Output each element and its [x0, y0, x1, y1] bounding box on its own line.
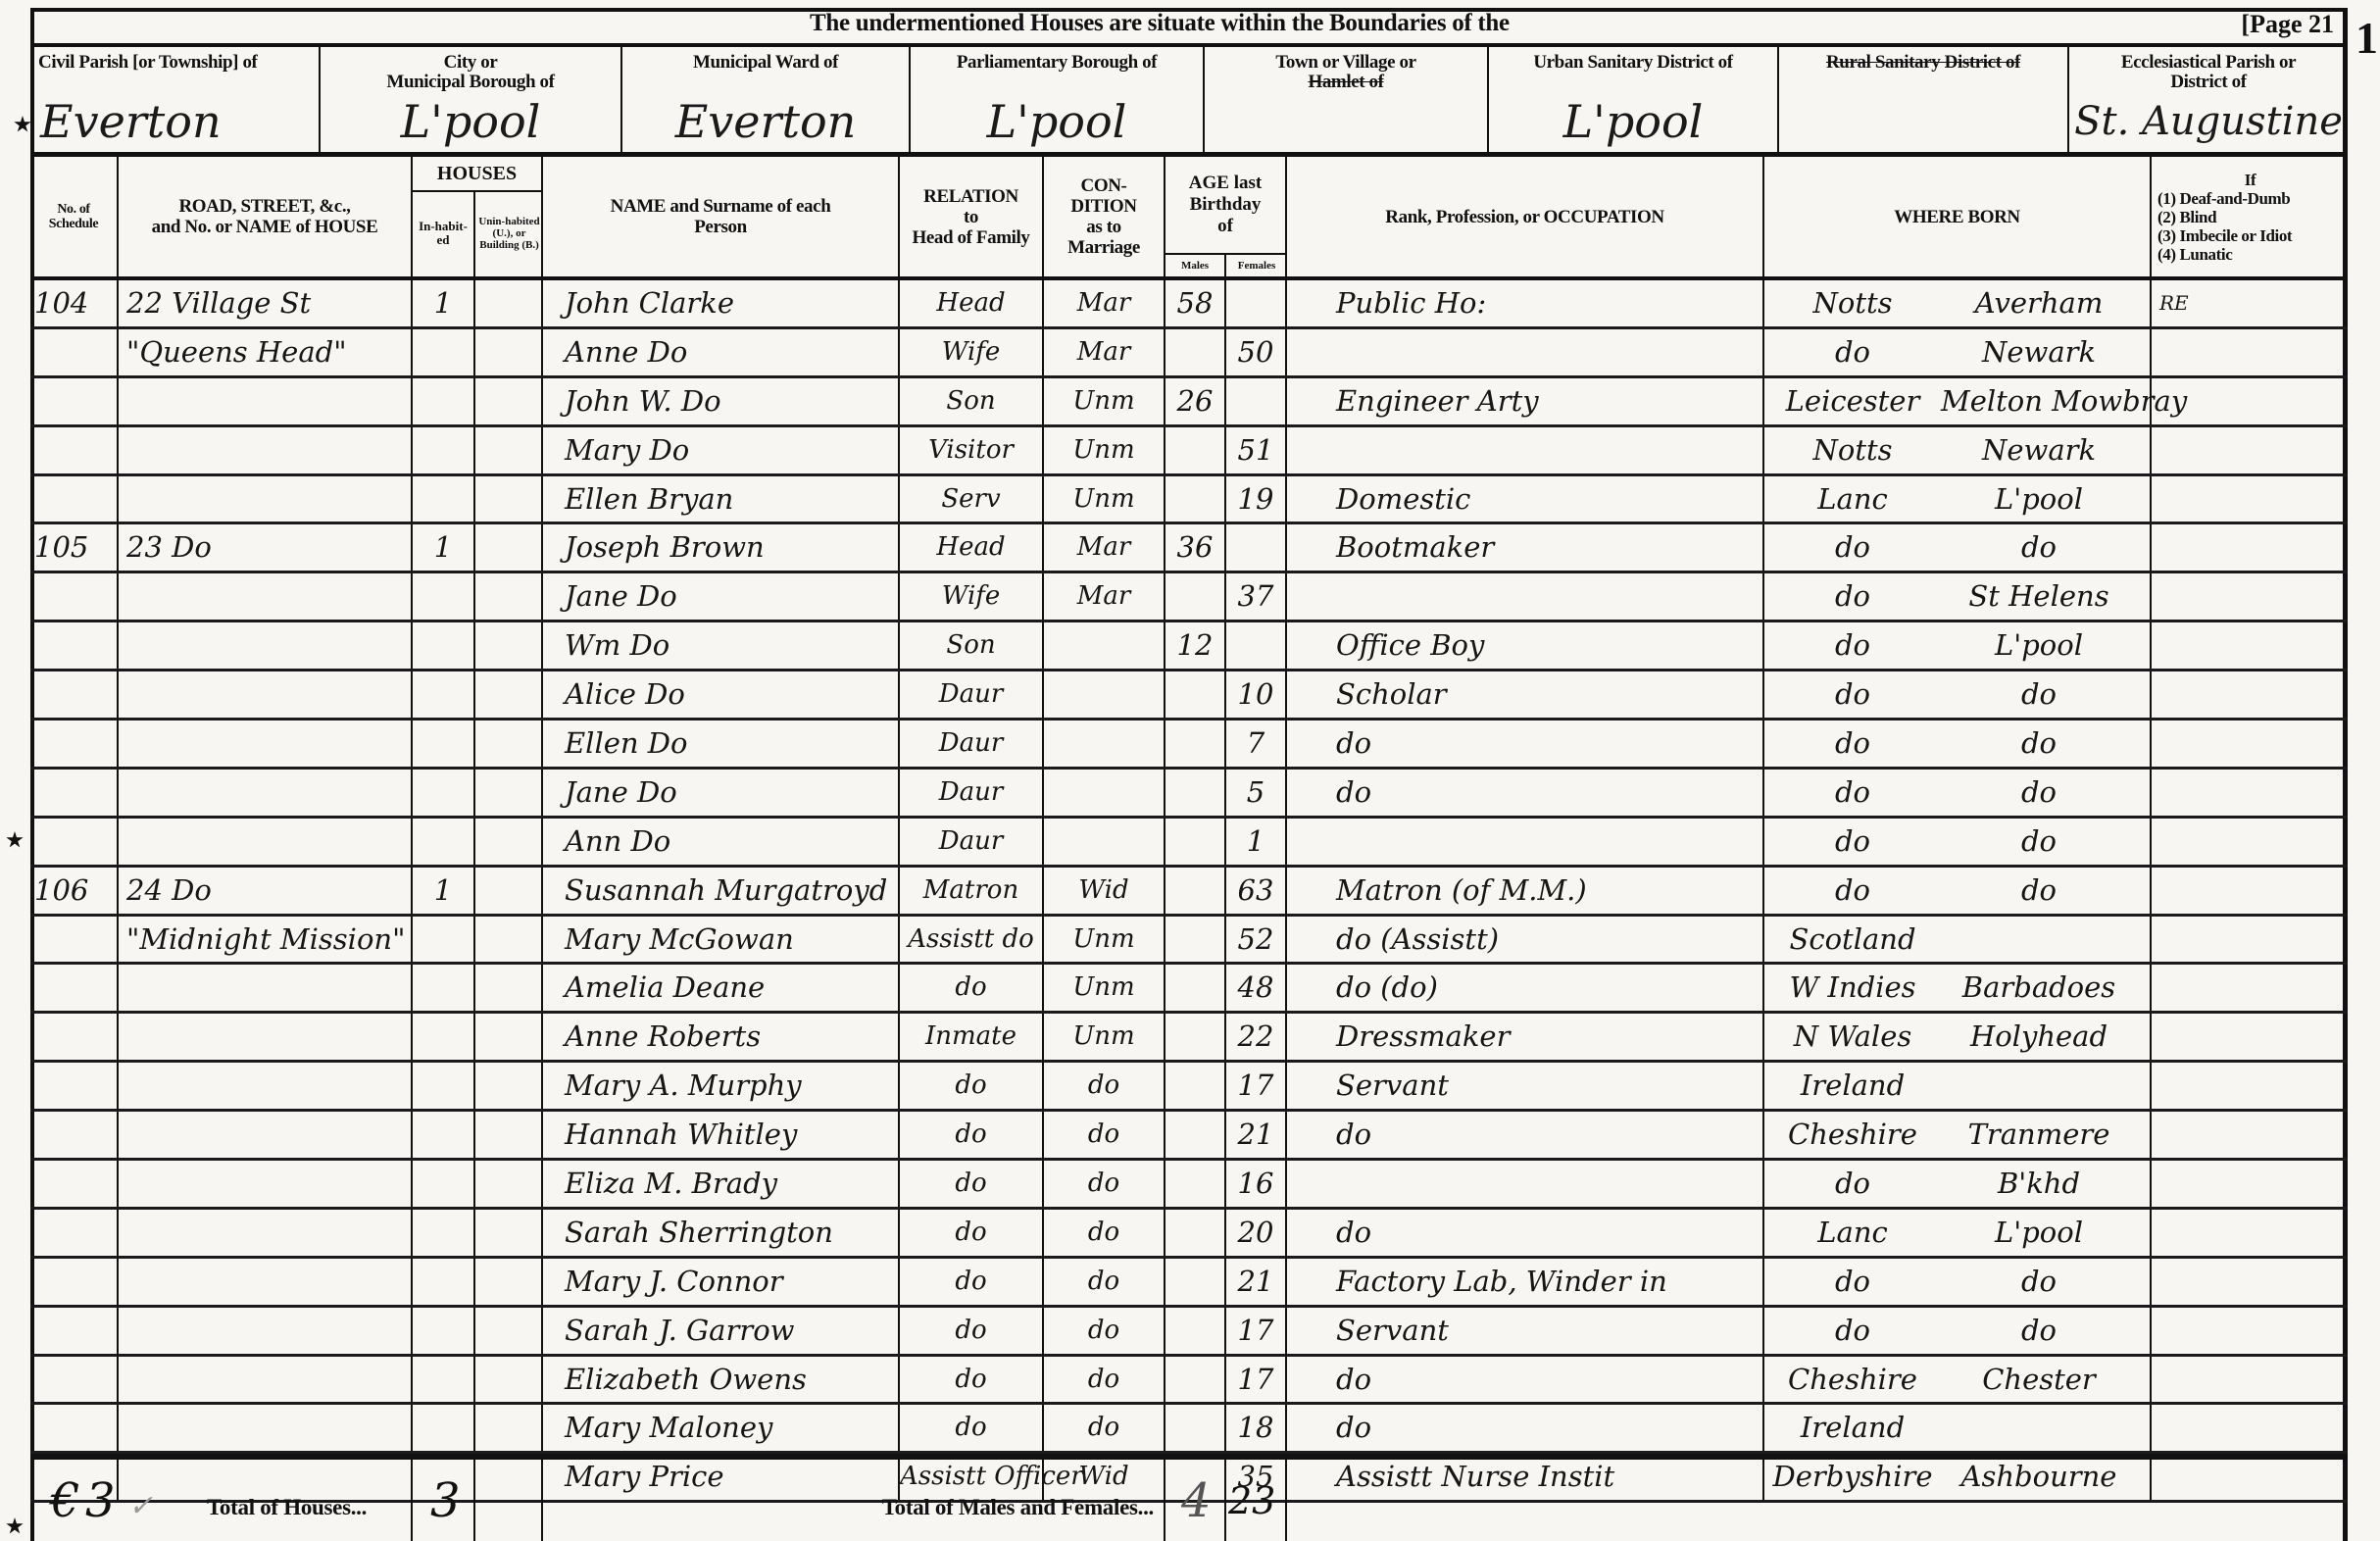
col-relation-line3: Head of Family [913, 227, 1030, 248]
born-county: Notts [1764, 280, 1941, 325]
female-age-cell: 7 [1226, 721, 1287, 767]
occupation-cell: do [1287, 1357, 1764, 1403]
born-county: Cheshire [1764, 1357, 1941, 1402]
female-age-cell: 50 [1226, 329, 1287, 375]
relation-cell: Daur [900, 721, 1044, 767]
rural-sanitary-cell: Rural Sanitary District of [1779, 47, 2069, 152]
civil-parish-value: Everton [30, 97, 319, 146]
female-age-cell: 1 [1226, 819, 1287, 865]
relation-cell: Head [900, 280, 1044, 326]
column-header-row: No. of Schedule ROAD, STREET, &c., and N… [30, 157, 2348, 280]
born-place: Newark [1941, 329, 2137, 374]
name-cell: Ellen Do [543, 721, 900, 767]
name-cell: Mary Do [543, 427, 900, 473]
table-row: Ellen Do Daur 7 do dodo [30, 721, 2348, 770]
table-row: 106 24 Do 1 Susannah Murgatroyd Matron W… [30, 868, 2348, 917]
road-cell [119, 622, 413, 669]
total-houses-cell: 3 [413, 1460, 475, 1541]
relation-cell: Son [900, 378, 1044, 424]
table-row: Anne Roberts Inmate Unm 22 Dressmaker N … [30, 1014, 2348, 1063]
schedules-count: 3 [85, 1473, 116, 1528]
occupation-cell: do [1287, 770, 1764, 816]
inhabited-cell: 1 [413, 524, 475, 571]
born-place: Tranmere [1941, 1112, 2137, 1157]
male-age-cell [1165, 770, 1226, 816]
uninhabited-cell [475, 1357, 543, 1403]
infirmity-cell [2152, 378, 2343, 424]
road-cell: 24 Do [119, 868, 413, 914]
total-males-value: 4 [1181, 1473, 1212, 1528]
road-cell [119, 476, 413, 522]
schedule-cell [30, 573, 119, 620]
schedule-cell [30, 1259, 119, 1305]
ecclesiastical-label-line1: Ecclesiastical Parish or [2069, 53, 2348, 73]
name-cell: Amelia Deane [543, 965, 900, 1011]
male-age-cell: 58 [1165, 280, 1226, 326]
relation-cell: do [900, 1259, 1044, 1305]
female-age-cell [1226, 622, 1287, 669]
road-cell: 23 Do [119, 524, 413, 571]
male-age-cell [1165, 1014, 1226, 1060]
condition-cell: Unm [1044, 1014, 1165, 1060]
uninhabited-cell [475, 280, 543, 326]
infirmity-cell [2152, 1161, 2343, 1207]
uninhabited-cell [475, 965, 543, 1011]
col-schedule: No. of Schedule [30, 157, 119, 276]
uninhabited-cell [475, 378, 543, 424]
inhabited-cell [413, 476, 475, 522]
male-age-cell [1165, 1112, 1226, 1158]
condition-cell: do [1044, 1210, 1165, 1256]
male-age-cell [1165, 1161, 1226, 1207]
household-rows: 104 22 Village St 1 John Clarke Head Mar… [30, 280, 2348, 1503]
col-where-born: WHERE BORN [1764, 157, 2152, 276]
where-born-cell: CheshireTranmere [1764, 1112, 2152, 1158]
margin-star-icon [6, 1517, 24, 1535]
col-name-line2: Person [694, 217, 747, 237]
parliamentary-borough-label: Parliamentary Borough of [911, 53, 1203, 73]
table-row: John W. Do Son Unm 26 Engineer Arty Leic… [30, 378, 2348, 427]
born-county: N Wales [1764, 1014, 1941, 1059]
col-age-line2: Birthday [1165, 194, 1285, 216]
condition-cell: Mar [1044, 329, 1165, 375]
municipal-ward-cell: Municipal Ward of Everton [622, 47, 911, 152]
schedule-cell [30, 329, 119, 375]
condition-cell: Unm [1044, 965, 1165, 1011]
condition-cell [1044, 671, 1165, 718]
civil-parish-label: Civil Parish [or Township] of [38, 53, 319, 73]
name-cell: Wm Do [543, 622, 900, 669]
name-cell: Jane Do [543, 770, 900, 816]
name-cell: Ann Do [543, 819, 900, 865]
col-houses-inhabited: In-habit-ed [413, 190, 475, 276]
road-cell [119, 1112, 413, 1158]
col-relation-line2: to [964, 207, 978, 227]
condition-cell: do [1044, 1405, 1165, 1451]
born-county: Ireland [1764, 1405, 1941, 1450]
infirmity-cell [2152, 1063, 2343, 1109]
road-cell [119, 573, 413, 620]
totals-row: € 3 ✓ Total of Houses... 3 Total of Male… [30, 1454, 2348, 1541]
born-county: do [1764, 573, 1941, 619]
margin-star-icon [14, 116, 31, 133]
born-county: do [1764, 622, 1941, 668]
schedule-cell [30, 1308, 119, 1354]
civil-parish-cell: Civil Parish [or Township] of Everton [30, 47, 321, 152]
occupation-cell [1287, 573, 1764, 620]
where-born-cell: N WalesHolyhead [1764, 1014, 2152, 1060]
born-county: do [1764, 1308, 1941, 1353]
where-born-cell: Ireland [1764, 1405, 2152, 1451]
name-cell: Elizabeth Owens [543, 1357, 900, 1403]
born-place: L'pool [1941, 476, 2137, 522]
uninhabited-cell [475, 1405, 543, 1451]
condition-cell [1044, 622, 1165, 669]
occupation-cell: Scholar [1287, 671, 1764, 718]
ecclesiastical-parish-cell: Ecclesiastical Parish or District of St.… [2069, 47, 2348, 152]
uninhabited-cell [475, 622, 543, 669]
uninhabited-cell [475, 917, 543, 963]
table-row: Mary Maloney do do 18 do Ireland [30, 1405, 2348, 1454]
table-row: Wm Do Son 12 Office Boy doL'pool [30, 622, 2348, 671]
born-place: do [1941, 1259, 2137, 1304]
sheet-number: 1 [2355, 12, 2378, 64]
schedule-cell [30, 378, 119, 424]
male-age-cell [1165, 1210, 1226, 1256]
male-age-cell [1165, 573, 1226, 620]
col-infirmity-line1: (1) Deaf-and-Dumb [2157, 189, 2290, 208]
inhabited-cell [413, 427, 475, 473]
female-age-cell: 17 [1226, 1308, 1287, 1354]
male-age-cell [1165, 1259, 1226, 1305]
where-born-cell: doL'pool [1764, 622, 2152, 669]
inhabited-cell [413, 917, 475, 963]
table-row: Sarah J. Garrow do do 17 Servant dodo [30, 1308, 2348, 1357]
infirmity-cell [2152, 770, 2343, 816]
male-age-cell [1165, 476, 1226, 522]
uninhabited-cell [475, 524, 543, 571]
schedule-cell [30, 1014, 119, 1060]
where-born-cell: doB'khd [1764, 1161, 2152, 1207]
uninhabited-cell [475, 573, 543, 620]
born-place: do [1941, 770, 2137, 815]
col-infirmity-if: If [2245, 171, 2256, 189]
inhabited-cell [413, 965, 475, 1011]
municipal-ward-label: Municipal Ward of [622, 53, 909, 73]
col-infirmity-line3: (3) Imbecile or Idiot [2157, 226, 2292, 245]
female-age-cell: 10 [1226, 671, 1287, 718]
occupation-cell [1287, 1161, 1764, 1207]
infirmity-cell [2152, 868, 2343, 914]
total-females-cell: 23 [1226, 1460, 1287, 1541]
infirmity-cell [2152, 329, 2343, 375]
municipal-ward-value: Everton [622, 97, 909, 146]
born-place: Averham [1941, 280, 2137, 325]
relation-cell: Matron [900, 868, 1044, 914]
relation-cell: Wife [900, 573, 1044, 620]
condition-cell: Wid [1044, 868, 1165, 914]
relation-cell: Serv [900, 476, 1044, 522]
road-cell [119, 1308, 413, 1354]
born-place: Chester [1941, 1357, 2137, 1402]
uninhabited-cell [475, 1259, 543, 1305]
name-cell: Joseph Brown [543, 524, 900, 571]
col-road-line1: ROAD, STREET, &c., [178, 196, 350, 217]
road-cell [119, 721, 413, 767]
infirmity-cell [2152, 476, 2343, 522]
table-row: Alice Do Daur 10 Scholar dodo [30, 671, 2348, 721]
name-cell: Hannah Whitley [543, 1112, 900, 1158]
schedule-cell [30, 917, 119, 963]
where-born-cell: dodo [1764, 671, 2152, 718]
occupation-cell [1287, 819, 1764, 865]
inhabited-cell [413, 1014, 475, 1060]
col-houses-group: HOUSES In-habit-ed Unin-habited (U.), or… [413, 157, 543, 276]
born-county: do [1764, 770, 1941, 815]
female-age-cell: 48 [1226, 965, 1287, 1011]
uninhabited-cell [475, 476, 543, 522]
occupation-cell: Factory Lab, Winder in [1287, 1259, 1764, 1305]
born-place: L'pool [1941, 622, 2137, 668]
infirmity-cell [2152, 1112, 2343, 1158]
uninhabited-cell [475, 721, 543, 767]
municipal-borough-label: City or Municipal Borough of [321, 53, 620, 92]
table-row: Mary Do Visitor Unm 51 NottsNewark [30, 427, 2348, 476]
inhabited-cell [413, 1405, 475, 1451]
relation-cell: do [900, 1161, 1044, 1207]
relation-cell: do [900, 1210, 1044, 1256]
female-age-cell: 17 [1226, 1357, 1287, 1403]
occupation-cell: Dressmaker [1287, 1014, 1764, 1060]
uninhabited-cell [475, 427, 543, 473]
table-row: Mary A. Murphy do do 17 Servant Ireland [30, 1063, 2348, 1112]
schedule-cell [30, 721, 119, 767]
condition-cell: Mar [1044, 573, 1165, 620]
schedule-cell [30, 427, 119, 473]
page-title: The undermentioned Houses are situate wi… [810, 10, 1510, 37]
schedule-cell [30, 1161, 119, 1207]
totals-schedules-cell: € 3 ✓ Total of Houses... [30, 1460, 413, 1541]
infirmity-cell [2152, 524, 2343, 571]
born-place: Barbadoes [1941, 965, 2137, 1010]
uninhabited-cell [475, 1210, 543, 1256]
born-county: do [1764, 721, 1941, 766]
table-row: Sarah Sherrington do do 20 do LancL'pool [30, 1210, 2348, 1259]
name-cell: John W. Do [543, 378, 900, 424]
table-row: Mary J. Connor do do 21 Factory Lab, Win… [30, 1259, 2348, 1308]
urban-sanitary-label: Urban Sanitary District of [1489, 53, 1777, 73]
born-county: Scotland [1764, 917, 1941, 962]
born-place: do [1941, 524, 2137, 570]
col-schedule-line2: Schedule [49, 217, 98, 231]
ecclesiastical-label-line2: District of [2069, 73, 2348, 92]
schedule-cell [30, 1357, 119, 1403]
relation-cell: Son [900, 622, 1044, 669]
female-age-cell: 37 [1226, 573, 1287, 620]
occupation-cell: do (Assistt) [1287, 917, 1764, 963]
town-village-label: Town or Village or Hamlet of [1205, 53, 1487, 92]
born-place: Melton Mowbray [1941, 378, 2137, 423]
road-cell [119, 819, 413, 865]
col-condition: CON- DITION as to Marriage [1044, 157, 1165, 276]
rural-sanitary-label: Rural Sanitary District of [1779, 53, 2067, 73]
born-county: Leicester [1764, 378, 1941, 423]
uninhabited-cell [475, 819, 543, 865]
uninhabited-cell [475, 1063, 543, 1109]
inhabited-cell [413, 671, 475, 718]
where-born-cell: LancL'pool [1764, 1210, 2152, 1256]
occupation-cell: do [1287, 1210, 1764, 1256]
uninhabited-cell [475, 1014, 543, 1060]
occupation-cell: do [1287, 721, 1764, 767]
where-born-cell: LeicesterMelton Mowbray [1764, 378, 2152, 424]
inhabited-cell: 1 [413, 868, 475, 914]
born-place: B'khd [1941, 1161, 2137, 1206]
where-born-cell: NottsAverham [1764, 280, 2152, 326]
col-occupation: Rank, Profession, or OCCUPATION [1287, 157, 1764, 276]
condition-cell [1044, 770, 1165, 816]
relation-cell: do [900, 1112, 1044, 1158]
infirmity-cell [2152, 1259, 2343, 1305]
col-condition-line4: Marriage [1067, 237, 1140, 258]
road-cell: "Queens Head" [119, 329, 413, 375]
occupation-cell: Public Ho: [1287, 280, 1764, 326]
col-age-line1: AGE last [1165, 173, 1285, 194]
male-age-cell [1165, 1405, 1226, 1451]
male-age-cell [1165, 1063, 1226, 1109]
schedule-cell [30, 1210, 119, 1256]
col-infirmity-line4: (4) Lunatic [2157, 245, 2232, 264]
col-relation-line1: RELATION [923, 186, 1018, 207]
check-mark-icon: ✓ [128, 1489, 153, 1523]
born-county: Lanc [1764, 1210, 1941, 1255]
col-condition-line3: as to [1086, 217, 1120, 237]
col-name: NAME and Surname of each Person [543, 157, 900, 276]
female-age-cell: 17 [1226, 1063, 1287, 1109]
table-row: Eliza M. Brady do do 16 doB'khd [30, 1161, 2348, 1210]
schedule-cell [30, 1405, 119, 1451]
table-row: "Midnight Mission" Mary McGowan Assistt … [30, 917, 2348, 966]
col-schedule-line1: No. of [57, 202, 89, 217]
occupation-cell [1287, 329, 1764, 375]
table-row: "Queens Head" Anne Do Wife Mar 50 doNewa… [30, 329, 2348, 378]
page-number-label: [Page 21 [2241, 10, 2334, 39]
col-infirmity: If (1) Deaf-and-Dumb (2) Blind (3) Imbec… [2152, 157, 2343, 276]
female-age-cell: 19 [1226, 476, 1287, 522]
table-row: 105 23 Do 1 Joseph Brown Head Mar 36 Boo… [30, 524, 2348, 573]
schedule-cell [30, 671, 119, 718]
inhabited-cell [413, 573, 475, 620]
col-age-line3: of [1165, 216, 1285, 237]
condition-cell: Mar [1044, 280, 1165, 326]
inhabited-cell [413, 622, 475, 669]
born-county: Ireland [1764, 1063, 1941, 1108]
occupation-cell [1287, 427, 1764, 473]
relation-cell: do [900, 1405, 1044, 1451]
uninhabited-cell [475, 770, 543, 816]
female-age-cell: 63 [1226, 868, 1287, 914]
name-cell: Anne Do [543, 329, 900, 375]
male-age-cell [1165, 1308, 1226, 1354]
inhabited-cell [413, 721, 475, 767]
name-cell: Anne Roberts [543, 1014, 900, 1060]
col-infirmity-line2: (2) Blind [2157, 208, 2216, 226]
inhabited-cell [413, 1161, 475, 1207]
born-place: do [1941, 819, 2137, 864]
municipal-borough-value: L'pool [321, 97, 620, 146]
relation-cell: do [900, 1308, 1044, 1354]
male-age-cell [1165, 868, 1226, 914]
condition-cell: do [1044, 1063, 1165, 1109]
road-cell [119, 1357, 413, 1403]
male-age-cell [1165, 329, 1226, 375]
where-born-cell: dodo [1764, 819, 2152, 865]
name-cell: Mary J. Connor [543, 1259, 900, 1305]
table-row: Jane Do Wife Mar 37 doSt Helens [30, 573, 2348, 622]
where-born-cell: W IndiesBarbadoes [1764, 965, 2152, 1011]
total-persons-label-cell: Total of Males and Females... [543, 1460, 1165, 1541]
infirmity-cell: RE [2152, 280, 2343, 326]
where-born-cell: LancL'pool [1764, 476, 2152, 522]
name-cell: Ellen Bryan [543, 476, 900, 522]
col-houses-title: HOUSES [413, 157, 541, 192]
infirmity-cell [2152, 965, 2343, 1011]
relation-cell: Inmate [900, 1014, 1044, 1060]
col-age-group: AGE last Birthday of Males Females [1165, 157, 1287, 276]
condition-cell: Unm [1044, 427, 1165, 473]
male-age-cell: 26 [1165, 378, 1226, 424]
table-row: Hannah Whitley do do 21 do CheshireTranm… [30, 1112, 2348, 1161]
urban-sanitary-cell: Urban Sanitary District of L'pool [1489, 47, 1779, 152]
occupation-cell: Servant [1287, 1308, 1764, 1354]
col-houses-uninhabited: Unin-habited (U.), or Building (B.) [475, 190, 543, 276]
parliamentary-borough-cell: Parliamentary Borough of L'pool [911, 47, 1205, 152]
relation-cell: Assistt do [900, 917, 1044, 963]
uninhabited-cell [475, 1308, 543, 1354]
where-born-cell: dodo [1764, 770, 2152, 816]
female-age-cell: 5 [1226, 770, 1287, 816]
born-county: Lanc [1764, 476, 1941, 522]
name-cell: John Clarke [543, 280, 900, 326]
occupation-cell: Servant [1287, 1063, 1764, 1109]
infirmity-cell [2152, 721, 2343, 767]
occupation-cell: Office Boy [1287, 622, 1764, 669]
occupation-cell: do [1287, 1405, 1764, 1451]
born-place: Holyhead [1941, 1014, 2137, 1059]
born-place: L'pool [1941, 1210, 2137, 1255]
occupation-cell: Engineer Arty [1287, 378, 1764, 424]
schedule-cell [30, 770, 119, 816]
where-born-cell: CheshireChester [1764, 1357, 2152, 1403]
road-cell [119, 770, 413, 816]
col-condition-line2: DITION [1070, 196, 1136, 217]
relation-cell: do [900, 965, 1044, 1011]
uninhabited-cell [475, 1161, 543, 1207]
male-age-cell: 36 [1165, 524, 1226, 571]
relation-cell: Daur [900, 770, 1044, 816]
relation-cell: Wife [900, 329, 1044, 375]
schedule-cell [30, 476, 119, 522]
male-age-cell [1165, 917, 1226, 963]
male-age-cell [1165, 721, 1226, 767]
schedule-cell: 104 [30, 280, 119, 326]
where-born-cell: NottsNewark [1764, 427, 2152, 473]
female-age-cell: 22 [1226, 1014, 1287, 1060]
occupation-cell: do [1287, 1112, 1764, 1158]
name-cell: Mary Maloney [543, 1405, 900, 1451]
infirmity-cell [2152, 1405, 2343, 1451]
road-cell [119, 965, 413, 1011]
